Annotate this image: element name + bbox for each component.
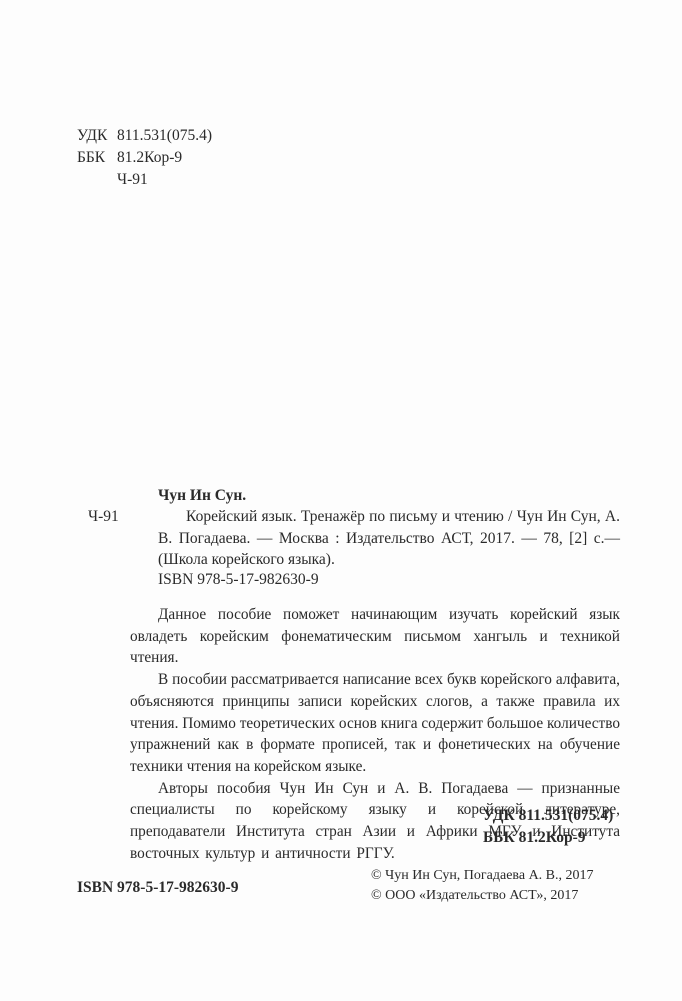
- copyright-authors: © Чун Ин Сун, Погадаева А. В., 2017: [371, 866, 594, 886]
- annotation-paragraph: В пособии рассматривается написание всех…: [130, 669, 620, 778]
- udk-value: 811.531(075.4): [117, 125, 212, 147]
- catalog-isbn: ISBN 978-5-17-982630-9: [158, 569, 319, 591]
- udk-code-bottom: УДК 811.531(075.4): [483, 805, 613, 827]
- classification-block: УДК 811.531(075.4) ББК 81.2Кор-9 Ч-91: [77, 125, 212, 191]
- bbk-code-bottom: ББК 81.2Кор-9: [483, 827, 613, 849]
- bbk-label: ББК: [77, 147, 117, 169]
- codes-bottom: УДК 811.531(075.4) ББК 81.2Кор-9: [483, 805, 613, 849]
- catalog-author-mark: Ч-91: [88, 506, 119, 528]
- annotation-paragraph: Данное пособие поможет начинающим изучат…: [130, 604, 620, 669]
- udk-label: УДК: [77, 125, 117, 147]
- author-mark-top: Ч-91: [77, 169, 212, 191]
- udk-row: УДК 811.531(075.4): [77, 125, 212, 147]
- catalog-description: Корейский язык. Тренажёр по письму и чте…: [158, 506, 620, 571]
- bbk-row: ББК 81.2Кор-9: [77, 147, 212, 169]
- catalog-author: Чун Ин Сун.: [158, 485, 246, 507]
- copyright-block: © Чун Ин Сун, Погадаева А. В., 2017 © ОО…: [371, 866, 594, 906]
- copyright-publisher: © ООО «Издательство АСТ», 2017: [371, 886, 594, 906]
- footer-isbn: ISBN 978-5-17-982630-9: [77, 879, 238, 897]
- bbk-value: 81.2Кор-9: [117, 147, 182, 169]
